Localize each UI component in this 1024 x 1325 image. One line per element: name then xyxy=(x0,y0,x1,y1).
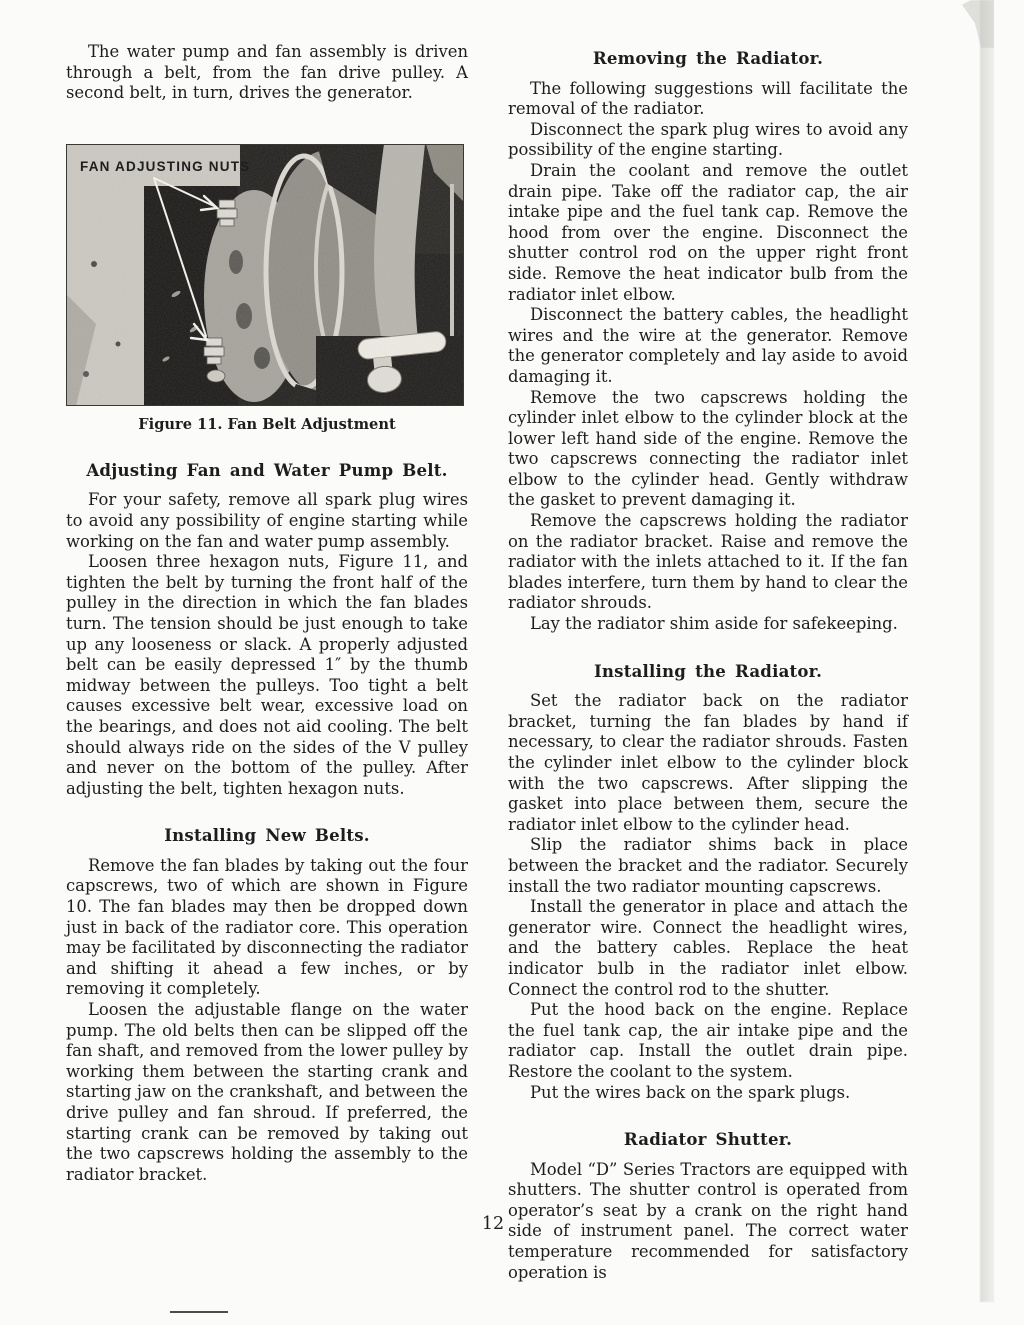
section-heading-installing-belts: Installing New Belts. xyxy=(66,825,468,846)
paragraph: Remove the two capscrews holding the cyl… xyxy=(508,388,908,512)
paragraph: Remove the capscrews holding the radiato… xyxy=(508,511,908,614)
paragraph: Disconnect the battery cables, the headl… xyxy=(508,305,908,387)
bottom-rule-divider xyxy=(170,1311,228,1313)
section-heading-adjusting-belt: Adjusting Fan and Water Pump Belt. xyxy=(66,460,468,481)
paragraph: Disconnect the spark plug wires to avoid… xyxy=(508,120,908,161)
scan-edge-artifact-strip xyxy=(980,0,994,1302)
section-heading-installing-radiator: Installing the Radiator. xyxy=(508,661,908,682)
figure-photo: FAN ADJUSTING NUTS xyxy=(66,144,464,406)
paragraph: Slip the radiator shims back in place be… xyxy=(508,835,908,897)
paragraph: Lay the radiator shim aside for safekeep… xyxy=(508,614,908,635)
paragraph: Put the wires back on the spark plugs. xyxy=(508,1083,908,1104)
document-page: The water pump and fan assembly is drive… xyxy=(0,0,1024,1325)
text-columns: The water pump and fan assembly is drive… xyxy=(66,42,908,1283)
left-column: The water pump and fan assembly is drive… xyxy=(66,42,468,1283)
paragraph: Loosen three hexagon nuts, Figure 11, an… xyxy=(66,552,468,799)
paragraph: The following suggestions will facilitat… xyxy=(508,79,908,120)
paragraph: The water pump and fan assembly is drive… xyxy=(66,42,468,104)
right-column: Removing the Radiator. The following sug… xyxy=(508,42,908,1283)
page-number: 12 xyxy=(66,1214,920,1234)
section-heading-removing-radiator: Removing the Radiator. xyxy=(508,48,908,69)
section-heading-radiator-shutter: Radiator Shutter. xyxy=(508,1129,908,1150)
paragraph: Loosen the adjustable flange on the wate… xyxy=(66,1000,468,1185)
figure-11: FAN ADJUSTING NUTS Figure 11. Fan Belt A… xyxy=(66,144,468,434)
paragraph: For your safety, remove all spark plug w… xyxy=(66,490,468,552)
paragraph: Drain the coolant and remove the outlet … xyxy=(508,161,908,305)
paragraph: Put the hood back on the engine. Replace… xyxy=(508,1000,908,1082)
paragraph: Set the radiator back on the radiator br… xyxy=(508,691,908,835)
photo-grain-overlay xyxy=(66,144,464,406)
figure-caption: Figure 11. Fan Belt Adjustment xyxy=(66,416,468,434)
paragraph: Remove the fan blades by taking out the … xyxy=(66,856,468,1000)
paragraph: Install the generator in place and attac… xyxy=(508,897,908,1000)
